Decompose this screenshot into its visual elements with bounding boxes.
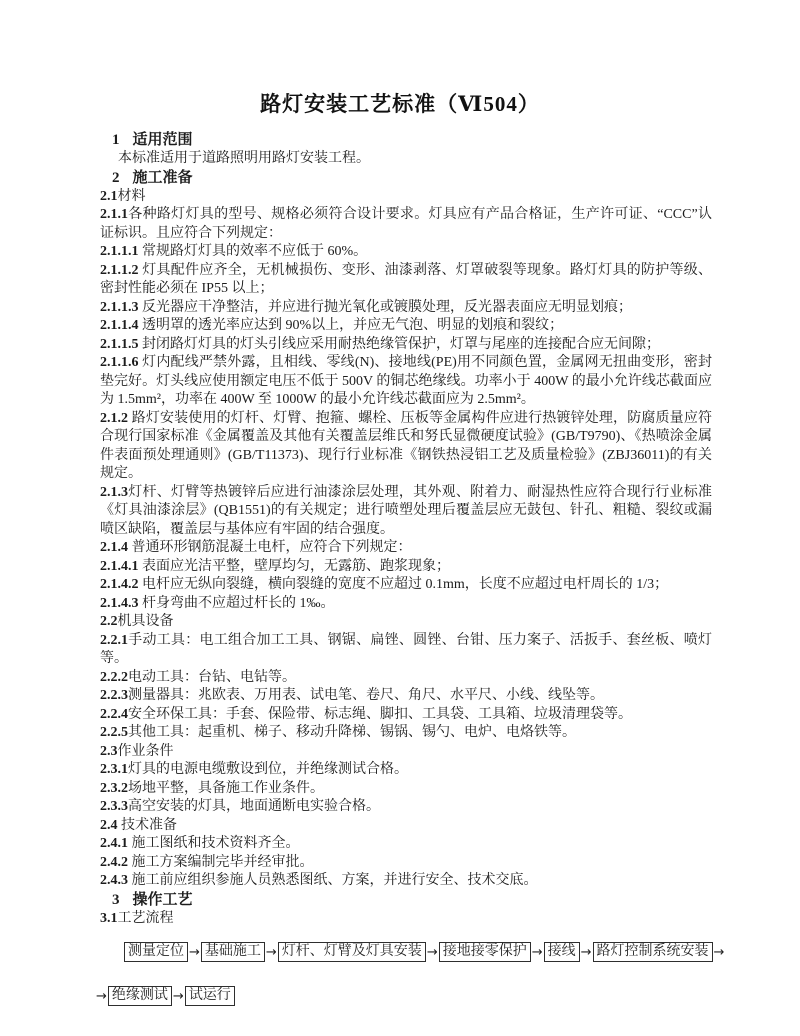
clause-2-1-4-1: 2.1.4.1 表面应光洁平整，壁厚均匀，无露筋、跑浆现象； <box>100 558 712 577</box>
clause-2-1-4-2: 2.1.4.2 电杆应无纵向裂缝，横向裂缝的宽度不应超过 0.1mm，长度不应超… <box>100 576 712 595</box>
document-body: 1适用范围 本标准适用于道路照明用路灯安装工程。 2施工准备 2.1材料 2.1… <box>100 131 712 1006</box>
clause-2-1-2: 2.1.2 路灯安装使用的灯杆、灯臂、抱箍、螺栓、压板等金属构件应进行热镀锌处理… <box>100 410 712 484</box>
clause-text: 高空安装的灯具，地面通断电实验合格。 <box>128 799 380 814</box>
clause-text: 各种路灯灯具的型号、规格必须符合设计要求。灯具应有产品合格证，生产许可证、“CC… <box>100 207 712 241</box>
clause-2-1-1-2: 2.1.1.2 灯具配件应齐全，无机械损伤、变形、油漆剥落、灯罩破裂等现象。路灯… <box>100 262 712 299</box>
clause-2-3-1: 2.3.1灯具的电源电缆敷设到位，并绝缘测试合格。 <box>100 761 712 780</box>
clause-2-1-1: 2.1.1各种路灯灯具的型号、规格必须符合设计要求。灯具应有产品合格证，生产许可… <box>100 206 712 243</box>
clause-text: 作业条件 <box>118 744 174 759</box>
clause-number: 2.1.2 <box>100 411 128 426</box>
flow-step-foundation-construction: 基础施工 <box>201 942 265 962</box>
clause-text: 灯内配线严禁外露，且相线、零线(N)、接地线(PE)用不同颜色置，金属网无扭曲变… <box>100 355 712 407</box>
clause-number: 2.2.5 <box>100 725 128 740</box>
flow-arrow-icon: → <box>189 945 200 960</box>
flow-arrow-icon: → <box>266 945 277 960</box>
clause-text: 技术准备 <box>118 818 178 833</box>
clause-2-2-2: 2.2.2电动工具：台钻、电钻等。 <box>100 669 712 688</box>
clause-2-2-3: 2.2.3测量器具：兆欧表、万用表、试电笔、卷尺、角尺、水平尺、小线、线坠等。 <box>100 687 712 706</box>
section-heading-1: 1适用范围 <box>100 131 712 150</box>
clause-number: 2.4.3 <box>100 873 128 888</box>
clause-text: 安全环保工具：手套、保险带、标志绳、脚扣、工具袋、工具箱、垃圾清理袋等。 <box>128 707 632 722</box>
clause-number: 3.1 <box>100 911 118 926</box>
flow-step-measure-position: 测量定位 <box>124 942 188 962</box>
clause-number: 2.1.4.1 <box>100 559 139 574</box>
clause-text: 测量器具：兆欧表、万用表、试电笔、卷尺、角尺、水平尺、小线、线坠等。 <box>128 688 604 703</box>
clause-2-4-2: 2.4.2 施工方案编制完毕并经审批。 <box>100 854 712 873</box>
clause-text: 本标准适用于道路照明用路灯安装工程。 <box>118 151 370 166</box>
clause-text: 杆身弯曲不应超过杆长的 1‰。 <box>139 596 335 611</box>
flow-arrow-icon: → <box>427 945 438 960</box>
clause-text: 施工前应组织参施人员熟悉图纸、方案，并进行安全、技术交底。 <box>128 873 538 888</box>
process-flowchart: 测量定位→基础施工→灯杆、灯臂及灯具安装→接地接零保护→接线→路灯控制系统安装→… <box>100 942 712 1006</box>
flow-step-grounding-protection: 接地接零保护 <box>439 942 531 962</box>
clause-2-2: 2.2机具设备 <box>100 613 712 632</box>
clause-number: 2.3.2 <box>100 781 128 796</box>
flow-step-control-system-install: 路灯控制系统安装 <box>593 942 713 962</box>
clause-text: 其他工具：起重机、梯子、移动升降梯、锡锅、锡勺、电炉、电烙铁等。 <box>128 725 576 740</box>
clause-2-1-1-1: 2.1.1.1 常规路灯灯具的效率不应低于 60%。 <box>100 243 712 262</box>
clause-2-4-1: 2.4.1 施工图纸和技术资料齐全。 <box>100 835 712 854</box>
heading-text: 施工准备 <box>133 170 193 186</box>
flow-arrow-icon: → <box>714 945 725 960</box>
clause-number: 2.3 <box>100 744 118 759</box>
flow-arrow-icon: → <box>581 945 592 960</box>
clause-text: 常规路灯灯具的效率不应低于 60%。 <box>139 244 368 259</box>
clause-text: 表面应光洁平整，壁厚均匀，无露筋、跑浆现象； <box>139 559 451 574</box>
flow-step-insulation-test: 绝缘测试 <box>108 986 172 1006</box>
clause-2-4-3: 2.4.3 施工前应组织参施人员熟悉图纸、方案，并进行安全、技术交底。 <box>100 872 712 891</box>
clause-number: 2.2.2 <box>100 670 128 685</box>
clause-number: 2.2.4 <box>100 707 128 722</box>
clause-2-1-4-3: 2.1.4.3 杆身弯曲不应超过杆长的 1‰。 <box>100 595 712 614</box>
section-heading-2: 2施工准备 <box>100 169 712 188</box>
clause-number: 2.1.1.4 <box>100 318 139 333</box>
clause-text: 电杆应无纵向裂缝，横向裂缝的宽度不应超过 0.1mm，长度不应超过电杆周长的 1… <box>139 577 669 592</box>
clause-text: 透明罩的透光率应达到 90%以上，并应无气泡、明显的划痕和裂纹； <box>139 318 564 333</box>
clause-number: 2.3.3 <box>100 799 128 814</box>
section-heading-3: 3操作工艺 <box>100 891 712 910</box>
clause-number: 2.2 <box>100 614 118 629</box>
document-page: 路灯安装工艺标准（Ⅵ504） 1适用范围 本标准适用于道路照明用路灯安装工程。 … <box>0 0 800 1036</box>
clause-number: 2.1.1 <box>100 207 128 222</box>
clause-number: 3 <box>112 892 120 908</box>
clause-number: 2.1 <box>100 189 118 204</box>
clause-2-2-4: 2.2.4安全环保工具：手套、保险带、标志绳、脚扣、工具袋、工具箱、垃圾清理袋等… <box>100 706 712 725</box>
heading-text: 操作工艺 <box>133 892 193 908</box>
clause-number: 2.4.1 <box>100 836 128 851</box>
clause-2-2-5: 2.2.5其他工具：起重机、梯子、移动升降梯、锡锅、锡勺、电炉、电烙铁等。 <box>100 724 712 743</box>
clause-3-1: 3.1工艺流程 <box>100 910 712 929</box>
clause-number: 2.4.2 <box>100 855 128 870</box>
clause-text: 材料 <box>118 189 146 204</box>
flowchart-row-2: →绝缘测试→试运行 <box>95 986 712 1006</box>
clause-number: 2.1.4.2 <box>100 577 139 592</box>
clause-text: 灯具的电源电缆敷设到位，并绝缘测试合格。 <box>128 762 408 777</box>
clause-number: 2.1.4.3 <box>100 596 139 611</box>
flow-step-trial-run: 试运行 <box>185 986 235 1006</box>
clause-2-1-1-4: 2.1.1.4 透明罩的透光率应达到 90%以上，并应无气泡、明显的划痕和裂纹； <box>100 317 712 336</box>
clause-text: 反光器应干净整洁，并应进行抛光氧化或镀膜处理，反光器表面应无明显划痕； <box>139 300 633 315</box>
flow-arrow-icon: → <box>173 989 184 1004</box>
clause-2-1-4: 2.1.4 普通环形钢筋混凝土电杆，应符合下列规定： <box>100 539 712 558</box>
flow-step-pole-arm-lamp-install: 灯杆、灯臂及灯具安装 <box>278 942 426 962</box>
clause-number: 2.1.1.3 <box>100 300 139 315</box>
clause-2-4: 2.4 技术准备 <box>100 817 712 836</box>
clause-text: 机具设备 <box>118 614 174 629</box>
flowchart-row-1: 测量定位→基础施工→灯杆、灯臂及灯具安装→接地接零保护→接线→路灯控制系统安装→ <box>100 942 712 962</box>
clause-2-1-3: 2.1.3灯杆、灯臂等热镀锌后应进行油漆涂层处理，其外观、附着力、耐湿热性应符合… <box>100 484 712 540</box>
clause-2-1-1-6: 2.1.1.6 灯内配线严禁外露，且相线、零线(N)、接地线(PE)用不同颜色置… <box>100 354 712 410</box>
clause-2-3-2: 2.3.2场地平整，具备施工作业条件。 <box>100 780 712 799</box>
clause-2-1-1-3: 2.1.1.3 反光器应干净整洁，并应进行抛光氧化或镀膜处理，反光器表面应无明显… <box>100 299 712 318</box>
clause-text: 封闭路灯灯具的灯头引线应采用耐热绝缘管保护，灯罩与尾座的连接配合应无间隙； <box>139 337 661 352</box>
clause-text: 电动工具：台钻、电钻等。 <box>128 670 296 685</box>
page-title: 路灯安装工艺标准（Ⅵ504） <box>0 0 800 118</box>
clause-text: 手动工具：电工组合加工工具、钢锯、扁锉、圆锉、台钳、压力案子、活扳手、套丝板、喷… <box>100 633 712 667</box>
clause-number: 2.1.1.1 <box>100 244 139 259</box>
clause-text: 场地平整，具备施工作业条件。 <box>128 781 324 796</box>
intro-paragraph: 本标准适用于道路照明用路灯安装工程。 <box>100 150 712 169</box>
flow-step-wiring: 接线 <box>544 942 580 962</box>
flow-arrow-icon: → <box>532 945 543 960</box>
clause-number: 2.2.3 <box>100 688 128 703</box>
flow-arrow-icon: → <box>96 989 107 1004</box>
clause-text: 工艺流程 <box>118 911 174 926</box>
clause-2-1: 2.1材料 <box>100 188 712 207</box>
clause-number: 2.1.1.5 <box>100 337 139 352</box>
clause-number: 2.4 <box>100 818 118 833</box>
clause-2-3: 2.3作业条件 <box>100 743 712 762</box>
clause-number: 2.1.3 <box>100 485 128 500</box>
clause-text: 施工方案编制完毕并经审批。 <box>128 855 314 870</box>
clause-number: 2 <box>112 170 120 186</box>
clause-text: 普通环形钢筋混凝土电杆，应符合下列规定： <box>128 540 412 555</box>
clause-2-3-3: 2.3.3高空安装的灯具，地面通断电实验合格。 <box>100 798 712 817</box>
clause-number: 1 <box>112 132 120 148</box>
clause-number: 2.1.1.6 <box>100 355 139 370</box>
clause-text: 灯杆、灯臂等热镀锌后应进行油漆涂层处理，其外观、附着力、耐湿热性应符合现行行业标… <box>100 485 712 537</box>
clause-text: 路灯安装使用的灯杆、灯臂、抱箍、螺栓、压板等金属构件应进行热镀锌处理，防腐质量应… <box>100 411 712 482</box>
clause-text: 施工图纸和技术资料齐全。 <box>128 836 300 851</box>
clause-number: 2.2.1 <box>100 633 128 648</box>
clause-number: 2.1.4 <box>100 540 128 555</box>
heading-text: 适用范围 <box>133 132 193 148</box>
clause-2-2-1: 2.2.1手动工具：电工组合加工工具、钢锯、扁锉、圆锉、台钳、压力案子、活扳手、… <box>100 632 712 669</box>
clause-2-1-1-5: 2.1.1.5 封闭路灯灯具的灯头引线应采用耐热绝缘管保护，灯罩与尾座的连接配合… <box>100 336 712 355</box>
clause-text: 灯具配件应齐全，无机械损伤、变形、油漆剥落、灯罩破裂等现象。路灯灯具的防护等级、… <box>100 263 712 297</box>
clause-number: 2.1.1.2 <box>100 263 139 278</box>
clause-number: 2.3.1 <box>100 762 128 777</box>
